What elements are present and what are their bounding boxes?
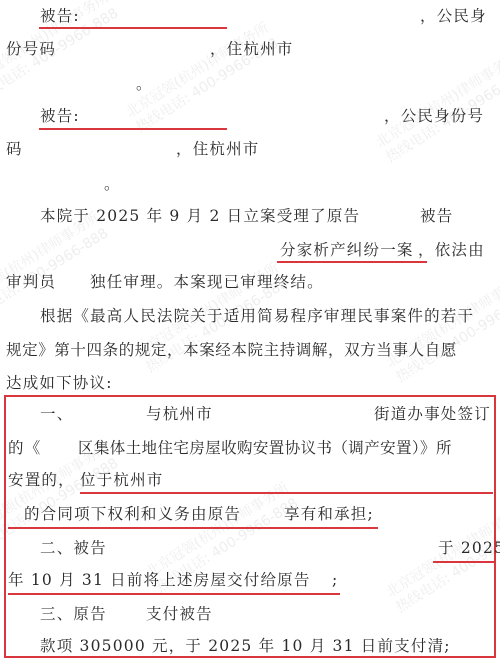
red-underline <box>39 128 227 130</box>
case-line-3: 审判员 独任审理。本案现已审理终结。 <box>0 268 500 296</box>
red-underline <box>80 492 493 494</box>
item-3-line-2: 款项 305000 元，于 2025 年 10 月 31 日前支付清; <box>0 632 500 660</box>
item-1-line-3: 安置的， 位于杭州市 <box>0 466 500 494</box>
defendant-label: 被告: <box>40 2 80 30</box>
red-underline <box>277 261 427 263</box>
case-line-2: 分家析产纠纷一案 ，依法由 <box>0 236 500 264</box>
property-location: 位于杭州市 <box>80 466 164 494</box>
item-3-line-1: 三、原告 支付被告 <box>0 600 500 628</box>
item-2-line-2: 年 10 月 31 日前将上述房屋交付给原告 ; <box>0 566 500 594</box>
item-1-line-4: 的合同项下权利和义务由原告 享有和承担; <box>0 500 500 528</box>
defendant-1-line-2: 份号码 ，住杭州市 <box>0 35 500 63</box>
case-line-1: 本院于 2025 年 9 月 2 日立案受理了原告 被告 <box>0 202 500 230</box>
id-text: ，公民身 <box>420 2 487 30</box>
basis-line-2: 规定》第十四条的规定，本案经本院主持调解，双方当事人自愿 <box>0 336 500 364</box>
id-text: ，公民身份号 <box>384 102 484 130</box>
defendant-1-line-3: 。 <box>0 70 500 98</box>
defendant-1-line: 被告: ，公民身 <box>0 2 500 30</box>
defendant-2-line: 被告: ，公民身份号 <box>0 102 500 130</box>
red-underline <box>39 27 227 29</box>
red-underline <box>433 561 495 563</box>
payment-amount: 款项 305000 元，于 2025 年 10 月 31 日前支付清; <box>40 632 451 660</box>
defendant-label: 被告: <box>40 102 80 130</box>
item-1-line-1: 一、 与杭州市 街道办事处签订 <box>0 400 500 428</box>
red-underline <box>8 593 340 595</box>
item-2-line-1: 二、被告 于 2025 <box>0 534 500 562</box>
document-page: 北京冠领(杭州)律师事务所热线电话: 400-9966-888 北京冠领(杭州)… <box>0 0 500 664</box>
red-underline <box>8 527 378 529</box>
basis-line-3: 达成如下协议: <box>0 369 500 397</box>
item-1-line-2: 的《 区集体土地住宅房屋收购安置协议书（调产安置）》所 <box>0 434 500 462</box>
case-type: 分家析产纠纷一案 <box>280 236 414 264</box>
defendant-2-line-3: 。 <box>0 170 500 198</box>
defendant-2-line-2: 码 ，住杭州市 <box>0 135 500 163</box>
basis-line-1: 根据《最高人民法院关于适用简易程序审理民事案件的若干 <box>0 302 500 330</box>
